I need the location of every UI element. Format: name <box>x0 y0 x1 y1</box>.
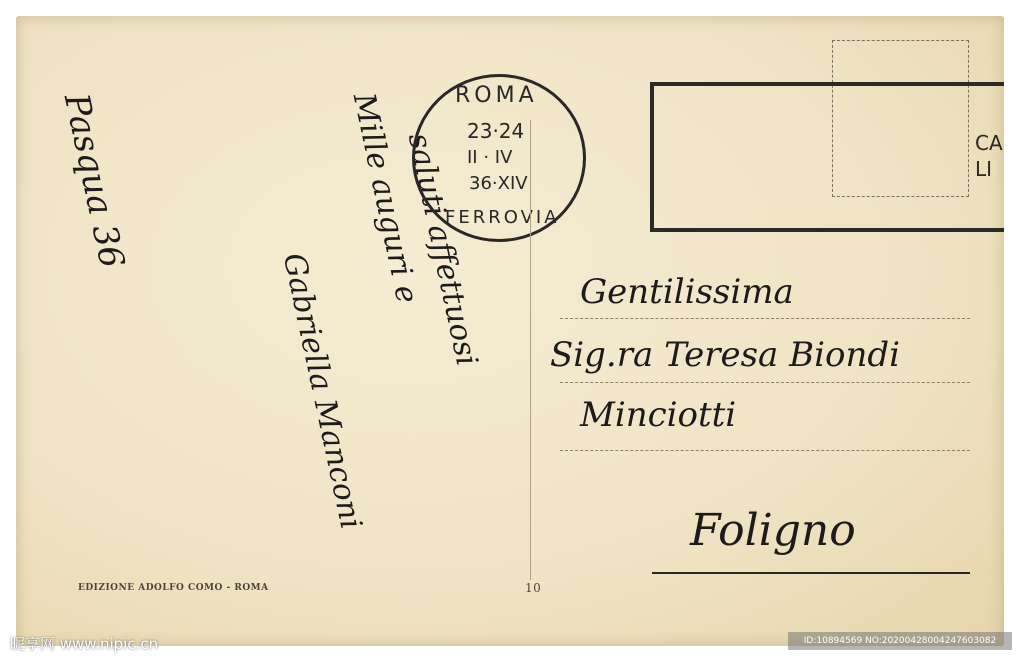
postmark-line3: 36·XIV <box>469 173 528 194</box>
watermark-id: ID:10894569 NO:20200428004247603082 <box>788 632 1012 650</box>
postmark-bottom: FERROVIA <box>445 207 560 228</box>
postmark: ROMA 23·24 II · IV 36·XIV FERROVIA <box>412 74 586 242</box>
card-number: 10 <box>525 581 541 595</box>
cancellation-box <box>650 82 1004 232</box>
divider-line <box>530 120 531 580</box>
cancel-text-1: CA <box>975 130 1003 156</box>
address-line-1: Gentilissima <box>580 272 794 312</box>
address-rule <box>560 450 970 451</box>
address-line-2: Sig.ra Teresa Biondi <box>550 335 900 375</box>
address-rule <box>560 382 970 383</box>
watermark-site: 昵享网 www.nipic.cn <box>10 633 158 654</box>
address-line-3: Minciotti <box>580 395 736 435</box>
address-rule <box>652 572 970 574</box>
postmark-line2: II · IV <box>467 147 512 168</box>
address-line-4: Foligno <box>690 505 856 556</box>
publisher-credit: EDIZIONE ADOLFO COMO - ROMA <box>78 583 269 593</box>
address-rule <box>560 318 970 319</box>
postmark-line1: 23·24 <box>467 119 524 143</box>
postmark-top: ROMA <box>455 83 538 108</box>
cancel-text-2: LI <box>975 156 1003 182</box>
